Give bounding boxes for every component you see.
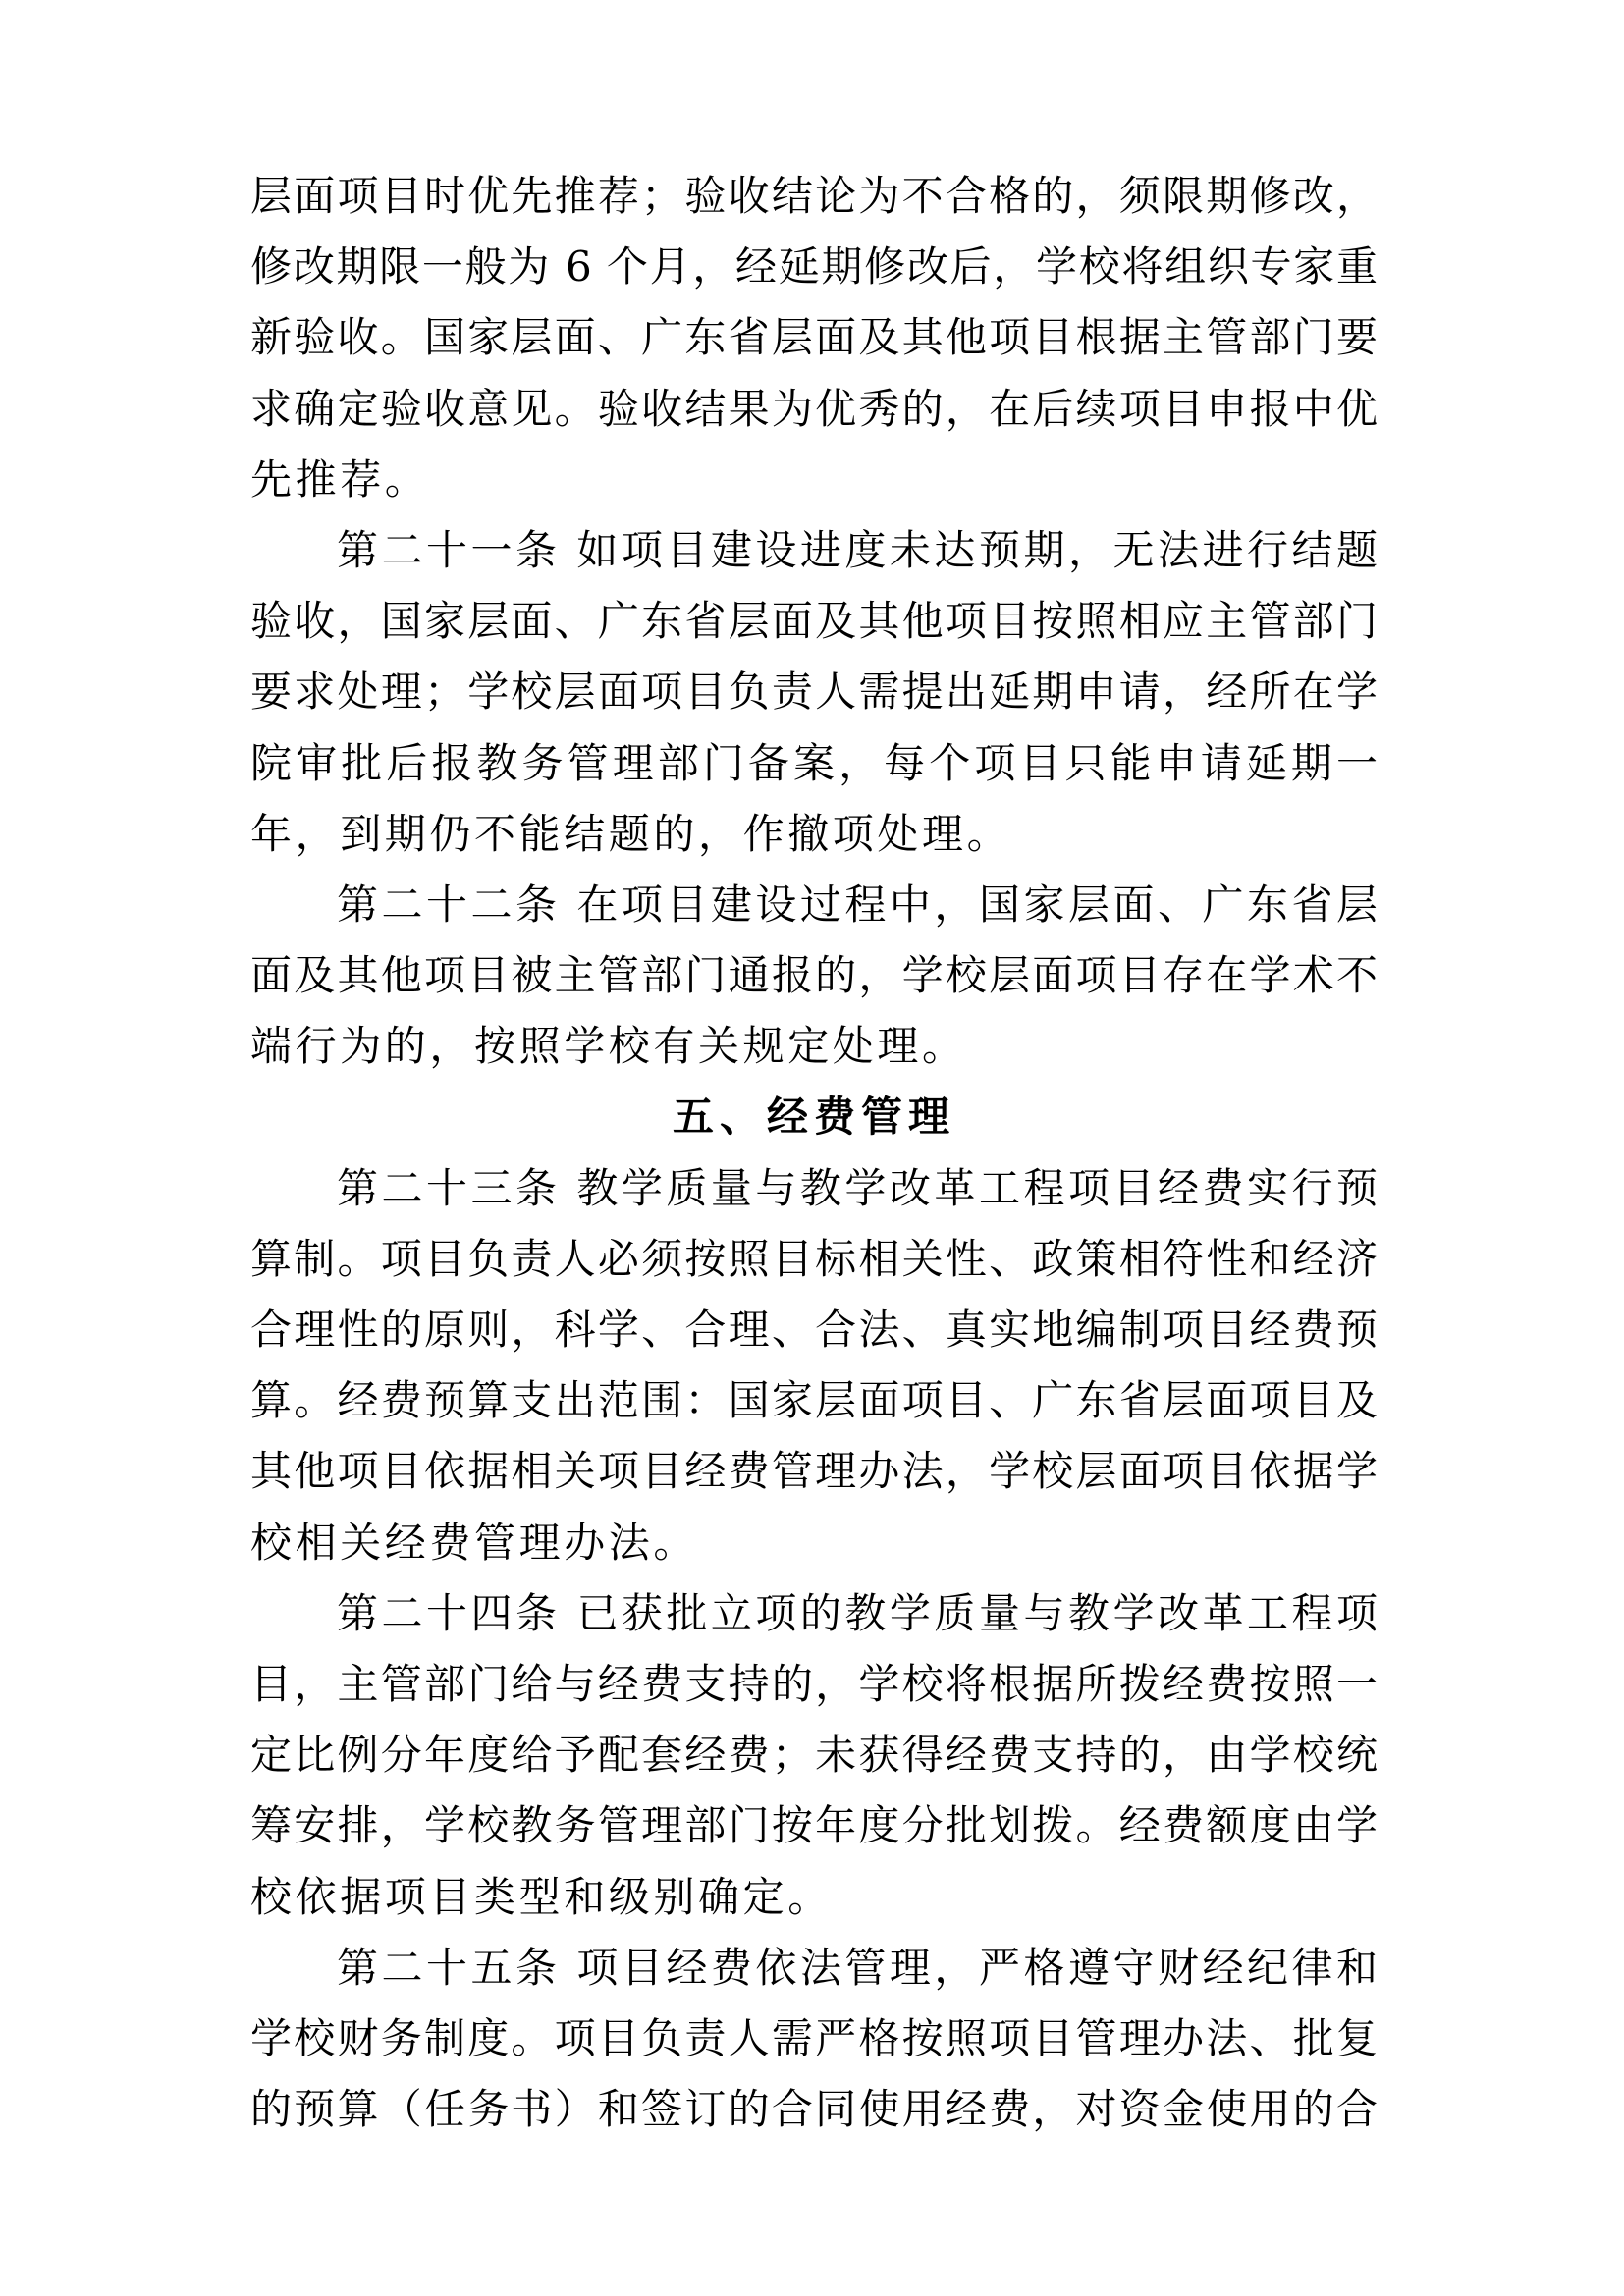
paragraph-article-21: 第二十一条 如项目建设进度未达预期，无法进行结题 验收，国家层面、广东省层面及其… bbox=[250, 515, 1378, 870]
paragraph-continued: 层面项目时优先推荐；验收结论为不合格的，须限期修改， 修改期限一般为 6 个月，… bbox=[250, 161, 1378, 515]
text-line: 先推荐。 bbox=[250, 445, 1378, 515]
text-line: 要求处理；学校层面项目负责人需提出延期申请，经所在学 bbox=[250, 657, 1378, 727]
text-line: 修改期限一般为 6 个月，经延期修改后，学校将组织专家重 bbox=[250, 232, 1378, 302]
text-line: 筹安排，学校教务管理部门按年度分批划拨。经费额度由学 bbox=[250, 1790, 1378, 1861]
paragraph-first-line: 第二十五条 项目经费依法管理，严格遵守财经纪律和 bbox=[250, 1933, 1378, 2003]
document-body: 层面项目时优先推荐；验收结论为不合格的，须限期修改， 修改期限一般为 6 个月，… bbox=[250, 161, 1378, 2145]
text-line: 其他项目依据相关项目经费管理办法，学校层面项目依据学 bbox=[250, 1436, 1378, 1507]
paragraph-article-23: 第二十三条 教学质量与教学改革工程项目经费实行预 算制。项目负责人必须按照目标相… bbox=[250, 1153, 1378, 1578]
text-line: 定比例分年度给予配套经费；未获得经费支持的，由学校统 bbox=[250, 1720, 1378, 1790]
text-line: 算制。项目负责人必须按照目标相关性、政策相符性和经济 bbox=[250, 1224, 1378, 1295]
text-line: 学校财务制度。项目负责人需严格按照项目管理办法、批复 bbox=[250, 2003, 1378, 2074]
text-line: 层面项目时优先推荐；验收结论为不合格的，须限期修改， bbox=[250, 161, 1378, 232]
text-line: 端行为的，按照学校有关规定处理。 bbox=[250, 1011, 1378, 1082]
text-line: 校依据项目类型和级别确定。 bbox=[250, 1862, 1378, 1933]
text-line: 的预算（任务书）和签订的合同使用经费，对资金使用的合 bbox=[250, 2074, 1378, 2145]
text-line: 新验收。国家层面、广东省层面及其他项目根据主管部门要 bbox=[250, 302, 1378, 373]
document-page: 层面项目时优先推荐；验收结论为不合格的，须限期修改， 修改期限一般为 6 个月，… bbox=[0, 0, 1624, 2296]
text-line: 年，到期仍不能结题的，作撤项处理。 bbox=[250, 799, 1378, 870]
paragraph-first-line: 第二十二条 在项目建设过程中，国家层面、广东省层 bbox=[250, 870, 1378, 940]
paragraph-first-line: 第二十三条 教学质量与教学改革工程项目经费实行预 bbox=[250, 1153, 1378, 1224]
text-line: 校相关经费管理办法。 bbox=[250, 1508, 1378, 1578]
text-line: 面及其他项目被主管部门通报的，学校层面项目存在学术不 bbox=[250, 940, 1378, 1011]
paragraph-article-22: 第二十二条 在项目建设过程中，国家层面、广东省层 面及其他项目被主管部门通报的，… bbox=[250, 870, 1378, 1083]
text-line: 验收，国家层面、广东省层面及其他项目按照相应主管部门 bbox=[250, 586, 1378, 657]
paragraph-first-line: 第二十四条 已获批立项的教学质量与教学改革工程项 bbox=[250, 1578, 1378, 1649]
text-line: 算。经费预算支出范围：国家层面项目、广东省层面项目及 bbox=[250, 1365, 1378, 1436]
section-heading: 五、经费管理 bbox=[250, 1082, 1378, 1152]
text-line: 求确定验收意见。验收结果为优秀的，在后续项目申报中优 bbox=[250, 374, 1378, 445]
text-line: 院审批后报教务管理部门备案，每个项目只能申请延期一 bbox=[250, 728, 1378, 799]
paragraph-article-24: 第二十四条 已获批立项的教学质量与教学改革工程项 目，主管部门给与经费支持的，学… bbox=[250, 1578, 1378, 1933]
paragraph-first-line: 第二十一条 如项目建设进度未达预期，无法进行结题 bbox=[250, 515, 1378, 586]
text-line: 合理性的原则，科学、合理、合法、真实地编制项目经费预 bbox=[250, 1295, 1378, 1365]
text-line: 目，主管部门给与经费支持的，学校将根据所拨经费按照一 bbox=[250, 1649, 1378, 1720]
paragraph-article-25: 第二十五条 项目经费依法管理，严格遵守财经纪律和 学校财务制度。项目负责人需严格… bbox=[250, 1933, 1378, 2146]
